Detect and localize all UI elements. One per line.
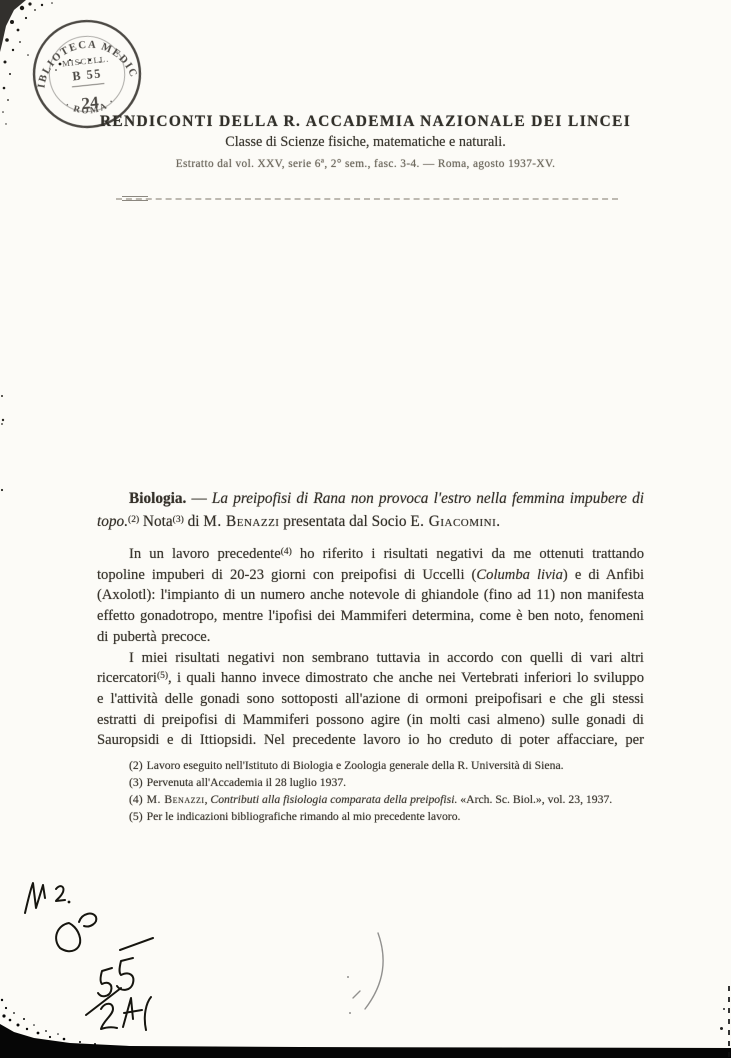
scan-noise-dot	[723, 1008, 725, 1010]
footnote-marker: (4)	[129, 793, 143, 806]
handwritten-5-right	[117, 958, 133, 990]
p1-text: In un lavoro precedente	[129, 546, 281, 562]
footnote-marker: (3)	[129, 776, 143, 789]
footnote-author: M. Benazzi	[147, 793, 205, 806]
journal-header: RENDICONTI DELLA R. ACCADEMIA NAZIONALE …	[0, 113, 731, 170]
footnote-text: «Arch. Sc. Biol.», vol. 23, 1937.	[457, 793, 612, 806]
p2-text: , i quali hanno invece dimostrato che an…	[97, 670, 644, 748]
byline-di: di	[184, 513, 204, 530]
p2-footnote-marker: (5)	[157, 671, 168, 681]
byline-mid: presentata dal Socio	[279, 513, 410, 530]
handwritten-n-mark	[25, 883, 45, 913]
article-title: Biologia. — La preipofisi di Rana non pr…	[97, 487, 644, 533]
issue-line: Estratto dal vol. XXV, serie 6ª, 2° sem.…	[0, 158, 731, 170]
header-rule	[116, 198, 618, 200]
stamp-row-number: 24	[80, 93, 100, 114]
title-dash: —	[186, 490, 212, 507]
footnote-text: Pervenuta all'Accademia il 28 luglio 193…	[147, 776, 346, 789]
paragraph-1: In un lavoro precedente(4) ho riferito i…	[97, 544, 644, 648]
presenter-name: E. Giacomini	[410, 513, 496, 530]
nota-footnote-marker: (3)	[173, 515, 184, 525]
scan-edge-right-line	[728, 986, 730, 1058]
paragraph-2: I miei risultati negativi non sembrano t…	[97, 648, 644, 752]
footnote: (5)Per le indicazioni bibliografiche rim…	[97, 808, 644, 825]
scan-noise-left-edge	[0, 390, 8, 510]
p1-footnote-marker: (4)	[281, 547, 292, 557]
footnote: (4)M. Benazzi, Contributi alla fisiologi…	[97, 791, 644, 808]
scanned-document-page: BIBLIOTECA MEDICA · ROMA · MISCELL. B 55…	[0, 0, 731, 1058]
article: Biologia. — La preipofisi di Rana non pr…	[97, 487, 644, 825]
handwritten-5-left	[98, 968, 112, 996]
journal-title: RENDICONTI DELLA R. ACCADEMIA NAZIONALE …	[0, 113, 731, 131]
footnote-work-title: Contributi alla fisiologia comparata del…	[210, 793, 457, 806]
footnote: (3)Pervenuta all'Accademia il 28 luglio …	[97, 774, 644, 791]
footnote-text: Per le indicazioni bibliografiche rimand…	[147, 810, 461, 823]
handwritten-2-mark	[56, 886, 65, 901]
header-rule-accent	[122, 196, 148, 201]
scan-edge-bottom-bar	[0, 998, 731, 1058]
handwritten-b-loop	[56, 923, 80, 951]
footnote-marker: (5)	[129, 810, 143, 823]
handwritten-b-upper-loop	[79, 914, 96, 927]
footnotes: (2)Lavoro eseguito nell'Istituto di Biol…	[97, 757, 644, 825]
handwritten-dash	[120, 938, 153, 950]
footnote-text: Lavoro eseguito nell'Istituto di Biologi…	[147, 759, 564, 772]
footnote: (2)Lavoro eseguito nell'Istituto di Biol…	[97, 757, 644, 774]
scan-noise-dot	[720, 1027, 723, 1030]
nota-word: Nota	[139, 513, 173, 530]
author-name: M. Benazzi	[203, 513, 279, 530]
species-name-italic: Columba livia	[476, 567, 563, 583]
footnote-marker: (2)	[129, 759, 143, 772]
stamp-divider	[72, 83, 104, 86]
byline-end: .	[496, 513, 500, 530]
section-label: Biologia.	[129, 490, 186, 507]
title-footnote-marker: (2)	[128, 515, 139, 525]
stamp-row-shelfmark: B 55	[72, 67, 103, 84]
journal-subtitle: Classe di Scienze fisiche, matematiche e…	[0, 134, 731, 151]
